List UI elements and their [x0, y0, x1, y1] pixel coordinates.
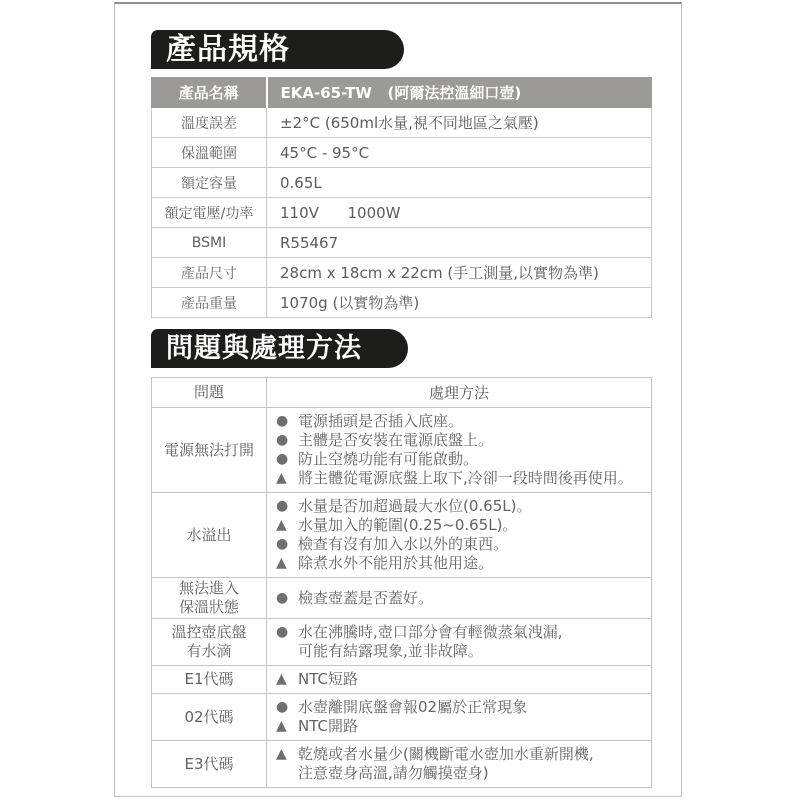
solution-line: ● 水壺離開底盤會報02屬於正常現象: [276, 698, 647, 717]
spec-row-value: 1070g (以實物為準): [267, 288, 652, 318]
faq-problem-label: 溫控壺底盤 有水滴: [152, 619, 267, 666]
faq-solution-cell: ● 電源插頭是否插入底座。 ● 主體是否安裝在電源底盤上。 ● 防止空燒功能有可…: [267, 408, 652, 493]
circle-bullet-icon: ●: [276, 412, 298, 431]
faq-header-problem: 問題: [152, 378, 267, 408]
faq-row: 02代碼 ● 水壺離開底盤會報02屬於正常現象 ▲ NTC開路: [152, 694, 652, 741]
solution-text: 將主體從電源底盤上取下,冷卻一段時間後再使用。: [298, 469, 647, 488]
spec-header-label: 產品名稱: [152, 78, 267, 108]
faq-header-row: 問題 處理方法: [152, 378, 652, 408]
faq-solution-cell: ● 檢查壺蓋是否蓋好。: [267, 578, 652, 619]
solution-line: 可能有結露現象,並非故障。: [276, 642, 647, 661]
solution-line: ● 檢查壺蓋是否蓋好。: [276, 589, 647, 608]
faq-problem-label: 02代碼: [152, 694, 267, 741]
triangle-bullet-icon: ▲: [276, 670, 298, 689]
faq-problem-label: 水溢出: [152, 493, 267, 578]
spec-row-value: R55467: [267, 228, 652, 258]
page-frame: 產品規格 產品名稱 EKA-65-TW (阿爾法控溫細口壺) 溫度誤差 ±2°C…: [114, 2, 682, 797]
solution-text: 除煮水外不能用於其他用途。: [298, 554, 647, 573]
solution-text: 檢查有沒有加入水以外的東西。: [298, 535, 647, 554]
faq-solution-cell: ● 水在沸騰時,壺口部分會有輕微蒸氣洩漏, 可能有結露現象,並非故障。: [267, 619, 652, 666]
spec-row-label: BSMI: [152, 228, 267, 258]
solution-text: 防止空燒功能有可能啟動。: [298, 450, 647, 469]
solution-text: NTC短路: [298, 670, 647, 689]
faq-solution-cell: ▲ NTC短路: [267, 666, 652, 694]
spec-row-value: ±2°C (650ml水量,視不同地區之氣壓): [267, 108, 652, 138]
spec-row-value: 28cm x 18cm x 22cm (手工測量,以實物為準): [267, 258, 652, 288]
circle-bullet-icon: ●: [276, 497, 298, 516]
circle-bullet-icon: ●: [276, 589, 298, 608]
solution-text: 水壺離開底盤會報02屬於正常現象: [298, 698, 647, 717]
solution-line: ● 電源插頭是否插入底座。: [276, 412, 647, 431]
solution-line: ▲ 將主體從電源底盤上取下,冷卻一段時間後再使用。: [276, 469, 647, 488]
spec-row: 產品尺寸 28cm x 18cm x 22cm (手工測量,以實物為準): [152, 258, 652, 288]
spec-row: 產品重量 1070g (以實物為準): [152, 288, 652, 318]
solution-line: ● 防止空燒功能有可能啟動。: [276, 450, 647, 469]
solution-line: ● 檢查有沒有加入水以外的東西。: [276, 535, 647, 554]
circle-bullet-icon: ●: [276, 698, 298, 717]
spec-row-value: 0.65L: [267, 168, 652, 198]
circle-bullet-icon: ●: [276, 535, 298, 554]
solution-line: ▲ 水量加入的範圍(0.25~0.65L)。: [276, 516, 647, 535]
circle-bullet-icon: ●: [276, 623, 298, 642]
faq-problem-label: 無法進入 保溫狀態: [152, 578, 267, 619]
spec-row-label: 溫度誤差: [152, 108, 267, 138]
spec-row: 額定容量 0.65L: [152, 168, 652, 198]
spec-row-label: 額定電壓/功率: [152, 198, 267, 228]
faq-row: 電源無法打開 ● 電源插頭是否插入底座。 ● 主體是否安裝在電源底盤上。 ● 防…: [152, 408, 652, 493]
solution-line: ▲ 除煮水外不能用於其他用途。: [276, 554, 647, 573]
triangle-bullet-icon: ▲: [276, 516, 298, 535]
no-bullet: [276, 764, 298, 783]
solution-line: ▲ 乾燒或者水量少(關機斷電水壺加水重新開機,: [276, 745, 647, 764]
solution-text: NTC開路: [298, 717, 647, 736]
spec-row-label: 額定容量: [152, 168, 267, 198]
solution-text: 注意壺身高溫,請勿觸摸壺身): [298, 764, 647, 783]
circle-bullet-icon: ●: [276, 450, 298, 469]
solution-text: 檢查壺蓋是否蓋好。: [298, 589, 647, 608]
solution-text: 水在沸騰時,壺口部分會有輕微蒸氣洩漏,: [298, 623, 647, 642]
faq-solution-cell: ● 水壺離開底盤會報02屬於正常現象 ▲ NTC開路: [267, 694, 652, 741]
spec-row-label: 保溫範圍: [152, 138, 267, 168]
faq-row: E3代碼 ▲ 乾燒或者水量少(關機斷電水壺加水重新開機, 注意壺身高溫,請勿觸摸…: [152, 741, 652, 788]
faq-header-solution: 處理方法: [267, 378, 652, 408]
solution-line: ● 水量是否加超過最大水位(0.65L)。: [276, 497, 647, 516]
faq-solution-cell: ● 水量是否加超過最大水位(0.65L)。 ▲ 水量加入的範圍(0.25~0.6…: [267, 493, 652, 578]
spec-section-title: 產品規格: [151, 30, 404, 69]
solution-text: 可能有結露現象,並非故障。: [298, 642, 647, 661]
no-bullet: [276, 642, 298, 661]
faq-solution-cell: ▲ 乾燒或者水量少(關機斷電水壺加水重新開機, 注意壺身高溫,請勿觸摸壺身): [267, 741, 652, 788]
spec-row: BSMI R55467: [152, 228, 652, 258]
faq-row: E1代碼 ▲ NTC短路: [152, 666, 652, 694]
triangle-bullet-icon: ▲: [276, 469, 298, 488]
faq-problem-label: E3代碼: [152, 741, 267, 788]
faq-row: 溫控壺底盤 有水滴 ● 水在沸騰時,壺口部分會有輕微蒸氣洩漏, 可能有結露現象,…: [152, 619, 652, 666]
solution-line: ▲ NTC短路: [276, 670, 647, 689]
faq-table: 問題 處理方法 電源無法打開 ● 電源插頭是否插入底座。 ● 主體是否安裝在電源…: [151, 377, 652, 788]
circle-bullet-icon: ●: [276, 431, 298, 450]
spec-row-value: 45°C - 95°C: [267, 138, 652, 168]
triangle-bullet-icon: ▲: [276, 554, 298, 573]
faq-problem-label: E1代碼: [152, 666, 267, 694]
spec-row: 保溫範圍 45°C - 95°C: [152, 138, 652, 168]
triangle-bullet-icon: ▲: [276, 717, 298, 736]
solution-text: 水量是否加超過最大水位(0.65L)。: [298, 497, 647, 516]
solution-text: 乾燒或者水量少(關機斷電水壺加水重新開機,: [298, 745, 647, 764]
solution-line: ▲ NTC開路: [276, 717, 647, 736]
faq-section-title: 問題與處理方法: [151, 329, 408, 368]
spec-row: 額定電壓/功率 110V 1000W: [152, 198, 652, 228]
spec-row-label: 產品重量: [152, 288, 267, 318]
spec-row: 溫度誤差 ±2°C (650ml水量,視不同地區之氣壓): [152, 108, 652, 138]
triangle-bullet-icon: ▲: [276, 745, 298, 764]
spec-header-value: EKA-65-TW (阿爾法控溫細口壺): [267, 78, 652, 108]
solution-line: ● 水在沸騰時,壺口部分會有輕微蒸氣洩漏,: [276, 623, 647, 642]
spec-header-row: 產品名稱 EKA-65-TW (阿爾法控溫細口壺): [152, 78, 652, 108]
faq-row: 無法進入 保溫狀態 ● 檢查壺蓋是否蓋好。: [152, 578, 652, 619]
solution-line: ● 主體是否安裝在電源底盤上。: [276, 431, 647, 450]
spec-row-value: 110V 1000W: [267, 198, 652, 228]
faq-row: 水溢出 ● 水量是否加超過最大水位(0.65L)。 ▲ 水量加入的範圍(0.25…: [152, 493, 652, 578]
solution-text: 主體是否安裝在電源底盤上。: [298, 431, 647, 450]
solution-text: 水量加入的範圍(0.25~0.65L)。: [298, 516, 647, 535]
faq-problem-label: 電源無法打開: [152, 408, 267, 493]
spec-table: 產品名稱 EKA-65-TW (阿爾法控溫細口壺) 溫度誤差 ±2°C (650…: [151, 77, 652, 318]
solution-text: 電源插頭是否插入底座。: [298, 412, 647, 431]
solution-line: 注意壺身高溫,請勿觸摸壺身): [276, 764, 647, 783]
spec-row-label: 產品尺寸: [152, 258, 267, 288]
